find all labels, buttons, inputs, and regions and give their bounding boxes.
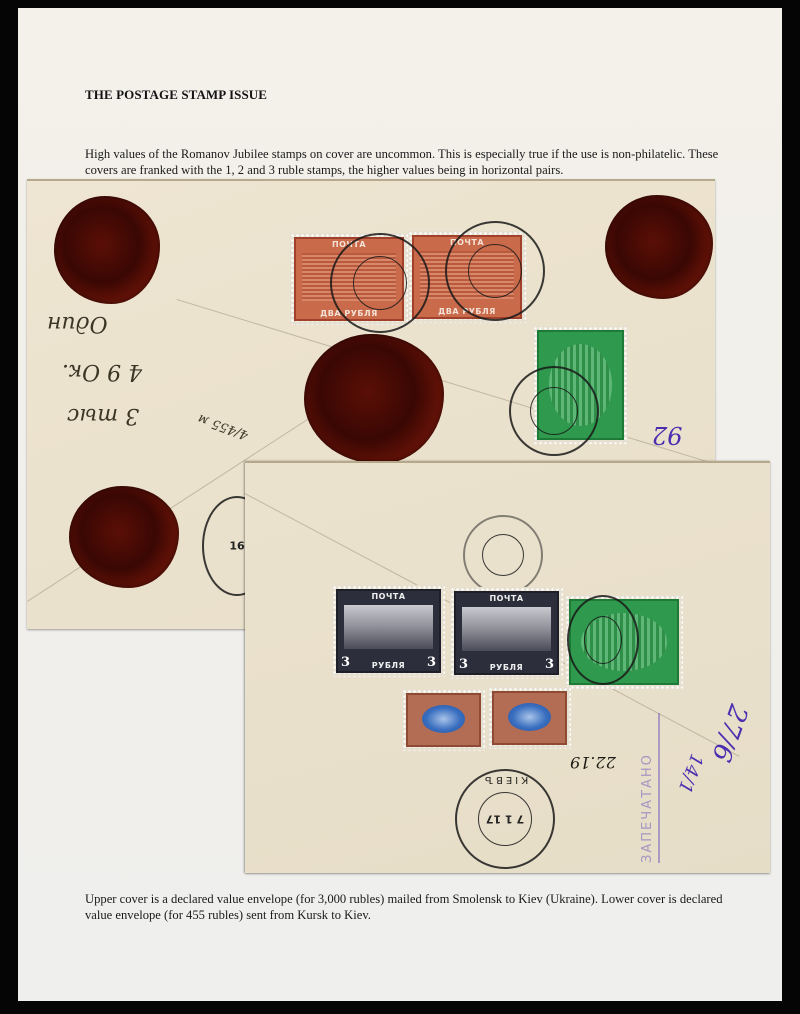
handwritten-note: 27/6 <box>705 700 753 765</box>
handwritten-note: 22.19 <box>570 753 616 772</box>
postmark <box>567 595 639 685</box>
handwritten-note: Один <box>47 311 108 336</box>
postmark-smolensk <box>330 233 430 333</box>
postmark-smolensk <box>445 221 545 321</box>
stamp-footer: РУБЛЯ <box>338 661 439 670</box>
handwritten-note: 4 9 Ок. <box>62 359 142 384</box>
cachet: ЗАПЕЧАТАНО <box>640 713 660 863</box>
postmark-date: 7 1 17 <box>457 813 553 826</box>
stamp-value: 3 <box>545 657 554 672</box>
page-title: THE POSTAGE STAMP ISSUE <box>85 87 267 103</box>
stamp-3-ruble: ПОЧТА 3 РУБЛЯ 3 <box>450 587 563 679</box>
stamp-arms <box>402 689 485 751</box>
wax-seal <box>69 486 179 588</box>
postmark-kursk <box>463 515 543 595</box>
stamp-3-ruble: ПОЧТА 3 РУБЛЯ 3 <box>332 585 445 677</box>
lower-cover: ПОЧТА 3 РУБЛЯ 3 ПОЧТА 3 РУБЛЯ 3 7 1 17 К… <box>245 461 770 873</box>
postmark-city: КIЕВЪ <box>457 774 553 785</box>
handwritten-note: 3 тыс <box>67 403 139 428</box>
handwritten-note: 92 <box>652 421 683 449</box>
stamp-value: 3 <box>427 655 436 670</box>
stamp-arms <box>488 687 571 749</box>
handwritten-note: 14/1 <box>673 751 707 796</box>
postmark-kiev: 7 1 17 КIЕВЪ <box>455 769 555 869</box>
wax-seal <box>605 195 713 299</box>
stamp-header: ПОЧТА <box>338 592 439 601</box>
wax-seal <box>54 196 160 304</box>
stamp-footer: РУБЛЯ <box>456 663 557 672</box>
wax-seal <box>304 334 444 464</box>
intro-paragraph: High values of the Romanov Jubilee stamp… <box>85 146 735 178</box>
stamp-header: ПОЧТА <box>456 594 557 603</box>
caption-paragraph: Upper cover is a declared value envelope… <box>85 891 745 923</box>
postmark <box>509 366 599 456</box>
handwritten-note: 4/455 м <box>196 410 250 442</box>
envelope-flap-line <box>177 299 713 464</box>
